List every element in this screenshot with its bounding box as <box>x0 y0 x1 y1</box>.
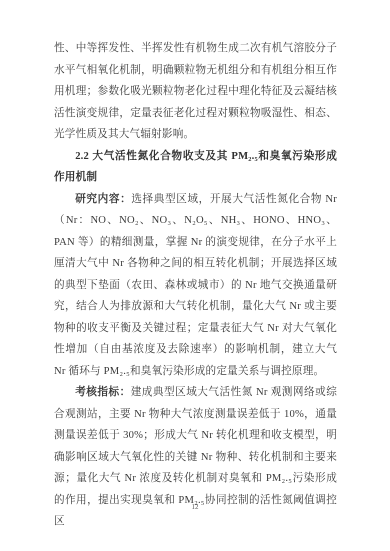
research-content-text: 选择典型区域，开展大气活性氮化合物 Nr（Nr：NO、NO₂、NO₃、N₂O₅、… <box>54 194 337 377</box>
continuation-paragraph: 性、中等挥发性、半挥发性有机物生成二次有机气溶胶分子水平气相氧化机制，明确颗粒物… <box>54 38 337 146</box>
section-heading: 2.2 大气活性氮化合物收支及其 PM₂.₅和臭氧污染形成作用机制 <box>54 146 337 189</box>
page-body-text: 性、中等挥发性、半挥发性有机物生成二次有机气溶胶分子水平气相氧化机制，明确颗粒物… <box>54 38 337 533</box>
research-content-paragraph: 研究内容：选择典型区域，开展大气活性氮化合物 Nr（Nr：NO、NO₂、NO₃、… <box>54 189 337 383</box>
research-content-label: 研究内容： <box>75 194 131 205</box>
assessment-label: 考核指标： <box>75 387 131 398</box>
document-page: 性、中等挥发性、半挥发性有机物生成二次有机气溶胶分子水平气相氧化机制，明确颗粒物… <box>0 0 390 551</box>
page-number: 12 <box>0 503 390 511</box>
